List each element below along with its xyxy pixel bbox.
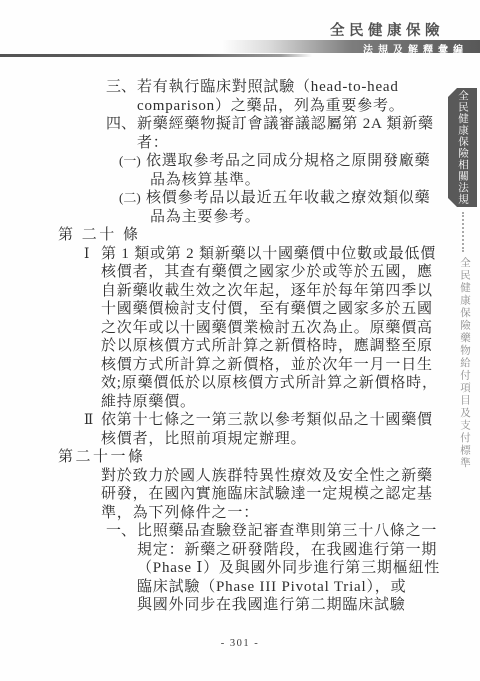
line-marker: 三、 <box>106 78 137 97</box>
line-text: 依選取參考品之同成分規格之原開發廠藥 <box>146 153 430 169</box>
text-line: 四、新藥經藥物擬訂會議審議認屬第 2A 類新藥 <box>0 115 480 134</box>
line-text: 核價方式所計算之新價格，並於次年一月一日生 <box>101 357 433 373</box>
line-text: 第二十一條 <box>58 449 146 465</box>
text-line: 對於致力於國人族群特異性療效及安全性之新藥 <box>0 467 480 486</box>
text-line: comparison）之藥品，列為重要參考。 <box>0 97 480 116</box>
text-block: 三、若有執行臨床對照試驗（head-to-headcomparison）之藥品，… <box>0 78 480 615</box>
line-marker: 一、 <box>106 522 137 541</box>
text-line: 自新藥收載生效之次年起，逐年於每年第四季以 <box>0 282 480 301</box>
line-text: 與國外同步在我國進行第二期臨床試驗 <box>137 597 406 613</box>
text-line: 核價者，比照前項規定辦理。 <box>0 430 480 449</box>
line-text: 新藥經藥物擬訂會議審議認屬第 2A 類新藥 <box>137 116 434 132</box>
line-text: 第 二十 條 <box>58 227 141 243</box>
text-line: 準，為下列條件之一： <box>0 504 480 523</box>
line-text: 之次年或以十國藥價業檢討五次為止。原藥價高 <box>101 320 433 336</box>
text-line: (一)依選取參考品之同成分規格之原開發廠藥 <box>0 152 480 171</box>
line-text: 比照藥品查驗登記審查準則第三十八條之一 <box>137 523 437 539</box>
text-line: 與國外同步在我國進行第二期臨床試驗 <box>0 596 480 615</box>
line-marker: (二) <box>119 189 146 208</box>
line-text: 效;原藥價低於以原核價方式所計算之新價格時， <box>101 375 438 391</box>
text-line: Ⅰ第 1 類或第 2 類新藥以十國藥價中位數或最低價 <box>0 245 480 264</box>
text-line: 維持原藥價。 <box>0 393 480 412</box>
line-text: 準，為下列條件之一： <box>101 505 259 521</box>
text-line: 臨床試驗（Phase III Pivotal Trial），或 <box>0 578 480 597</box>
line-marker: (一) <box>119 152 146 171</box>
line-text: 自新藥收載生效之次年起，逐年於每年第四季以 <box>101 283 433 299</box>
line-text: 核價參考品以最近五年收載之療效類似藥 <box>146 190 430 206</box>
text-line: 效;原藥價低於以原核價方式所計算之新價格時， <box>0 374 480 393</box>
line-text: 核價者，比照前項規定辦理。 <box>101 431 306 447</box>
line-text: 若有執行臨床對照試驗（head-to-head <box>137 79 399 95</box>
header-rule <box>0 54 312 57</box>
text-line: 一、比照藥品查驗登記審查準則第三十八條之一 <box>0 522 480 541</box>
line-text: 依第十七條之一第三款以參考類似品之十國藥價 <box>101 412 433 428</box>
line-text: 對於致力於國人族群特異性療效及安全性之新藥 <box>101 468 433 484</box>
line-text: （Phase Ⅰ）及與國外同步進行第三期樞紐性 <box>137 560 440 576</box>
line-text: 者： <box>137 135 169 151</box>
text-line: 三、若有執行臨床對照試驗（head-to-head <box>0 78 480 97</box>
line-text: 研發，在國內實施臨床試驗達一定規模之認定基 <box>101 486 433 502</box>
subtitle-bar: 法規及解釋彙編 <box>222 40 480 53</box>
subtitle-text: 法規及解釋彙編 <box>363 44 480 57</box>
text-line: 十國藥價檢討支付價，至有藥價之國家多於五國 <box>0 300 480 319</box>
line-text: 於以原核價方式所計算之新價格時，應調整至原 <box>101 338 433 354</box>
line-text: 第 1 類或第 2 類新藥以十國藥價中位數或最低價 <box>101 246 436 262</box>
line-text: 臨床試驗（Phase III Pivotal Trial），或 <box>137 579 406 595</box>
page-number: - 301 - <box>0 638 480 649</box>
document-page: 全民健康保險 法規及解釋彙編 全民健康保險相關法規 全民健康保險藥物給付項目及支… <box>0 0 480 681</box>
line-marker: 四、 <box>106 115 137 134</box>
page-title: 全民健康保險 <box>330 19 444 40</box>
text-line: 規定：新藥之研發階段，在我國進行第一期 <box>0 541 480 560</box>
line-text: 品為核算基準。 <box>150 172 261 188</box>
text-line: 品為主要參考。 <box>0 208 480 227</box>
text-line: 第二十一條 <box>0 448 480 467</box>
text-line: 核價方式所計算之新價格，並於次年一月一日生 <box>0 356 480 375</box>
text-line: 第 二十 條 <box>0 226 480 245</box>
text-line: Ⅱ依第十七條之一第三款以參考類似品之十國藥價 <box>0 411 480 430</box>
text-line: (二)核價參考品以最近五年收載之療效類似藥 <box>0 189 480 208</box>
line-text: 維持原藥價。 <box>101 394 196 410</box>
text-line: 品為核算基準。 <box>0 171 480 190</box>
line-text: 品為主要參考。 <box>150 209 261 225</box>
text-line: 之次年或以十國藥價業檢討五次為止。原藥價高 <box>0 319 480 338</box>
line-text: 規定：新藥之研發階段，在我國進行第一期 <box>137 542 437 558</box>
text-line: 者： <box>0 134 480 153</box>
line-text: 核價者，其查有藥價之國家少於或等於五國，應 <box>101 264 433 280</box>
text-line: 核價者，其查有藥價之國家少於或等於五國，應 <box>0 263 480 282</box>
text-line: （Phase Ⅰ）及與國外同步進行第三期樞紐性 <box>0 559 480 578</box>
line-marker: Ⅰ <box>84 245 101 264</box>
text-line: 於以原核價方式所計算之新價格時，應調整至原 <box>0 337 480 356</box>
text-line: 研發，在國內實施臨床試驗達一定規模之認定基 <box>0 485 480 504</box>
line-text: 十國藥價檢討支付價，至有藥價之國家多於五國 <box>101 301 433 317</box>
line-marker: Ⅱ <box>84 411 101 430</box>
line-text: comparison）之藥品，列為重要參考。 <box>137 98 405 114</box>
